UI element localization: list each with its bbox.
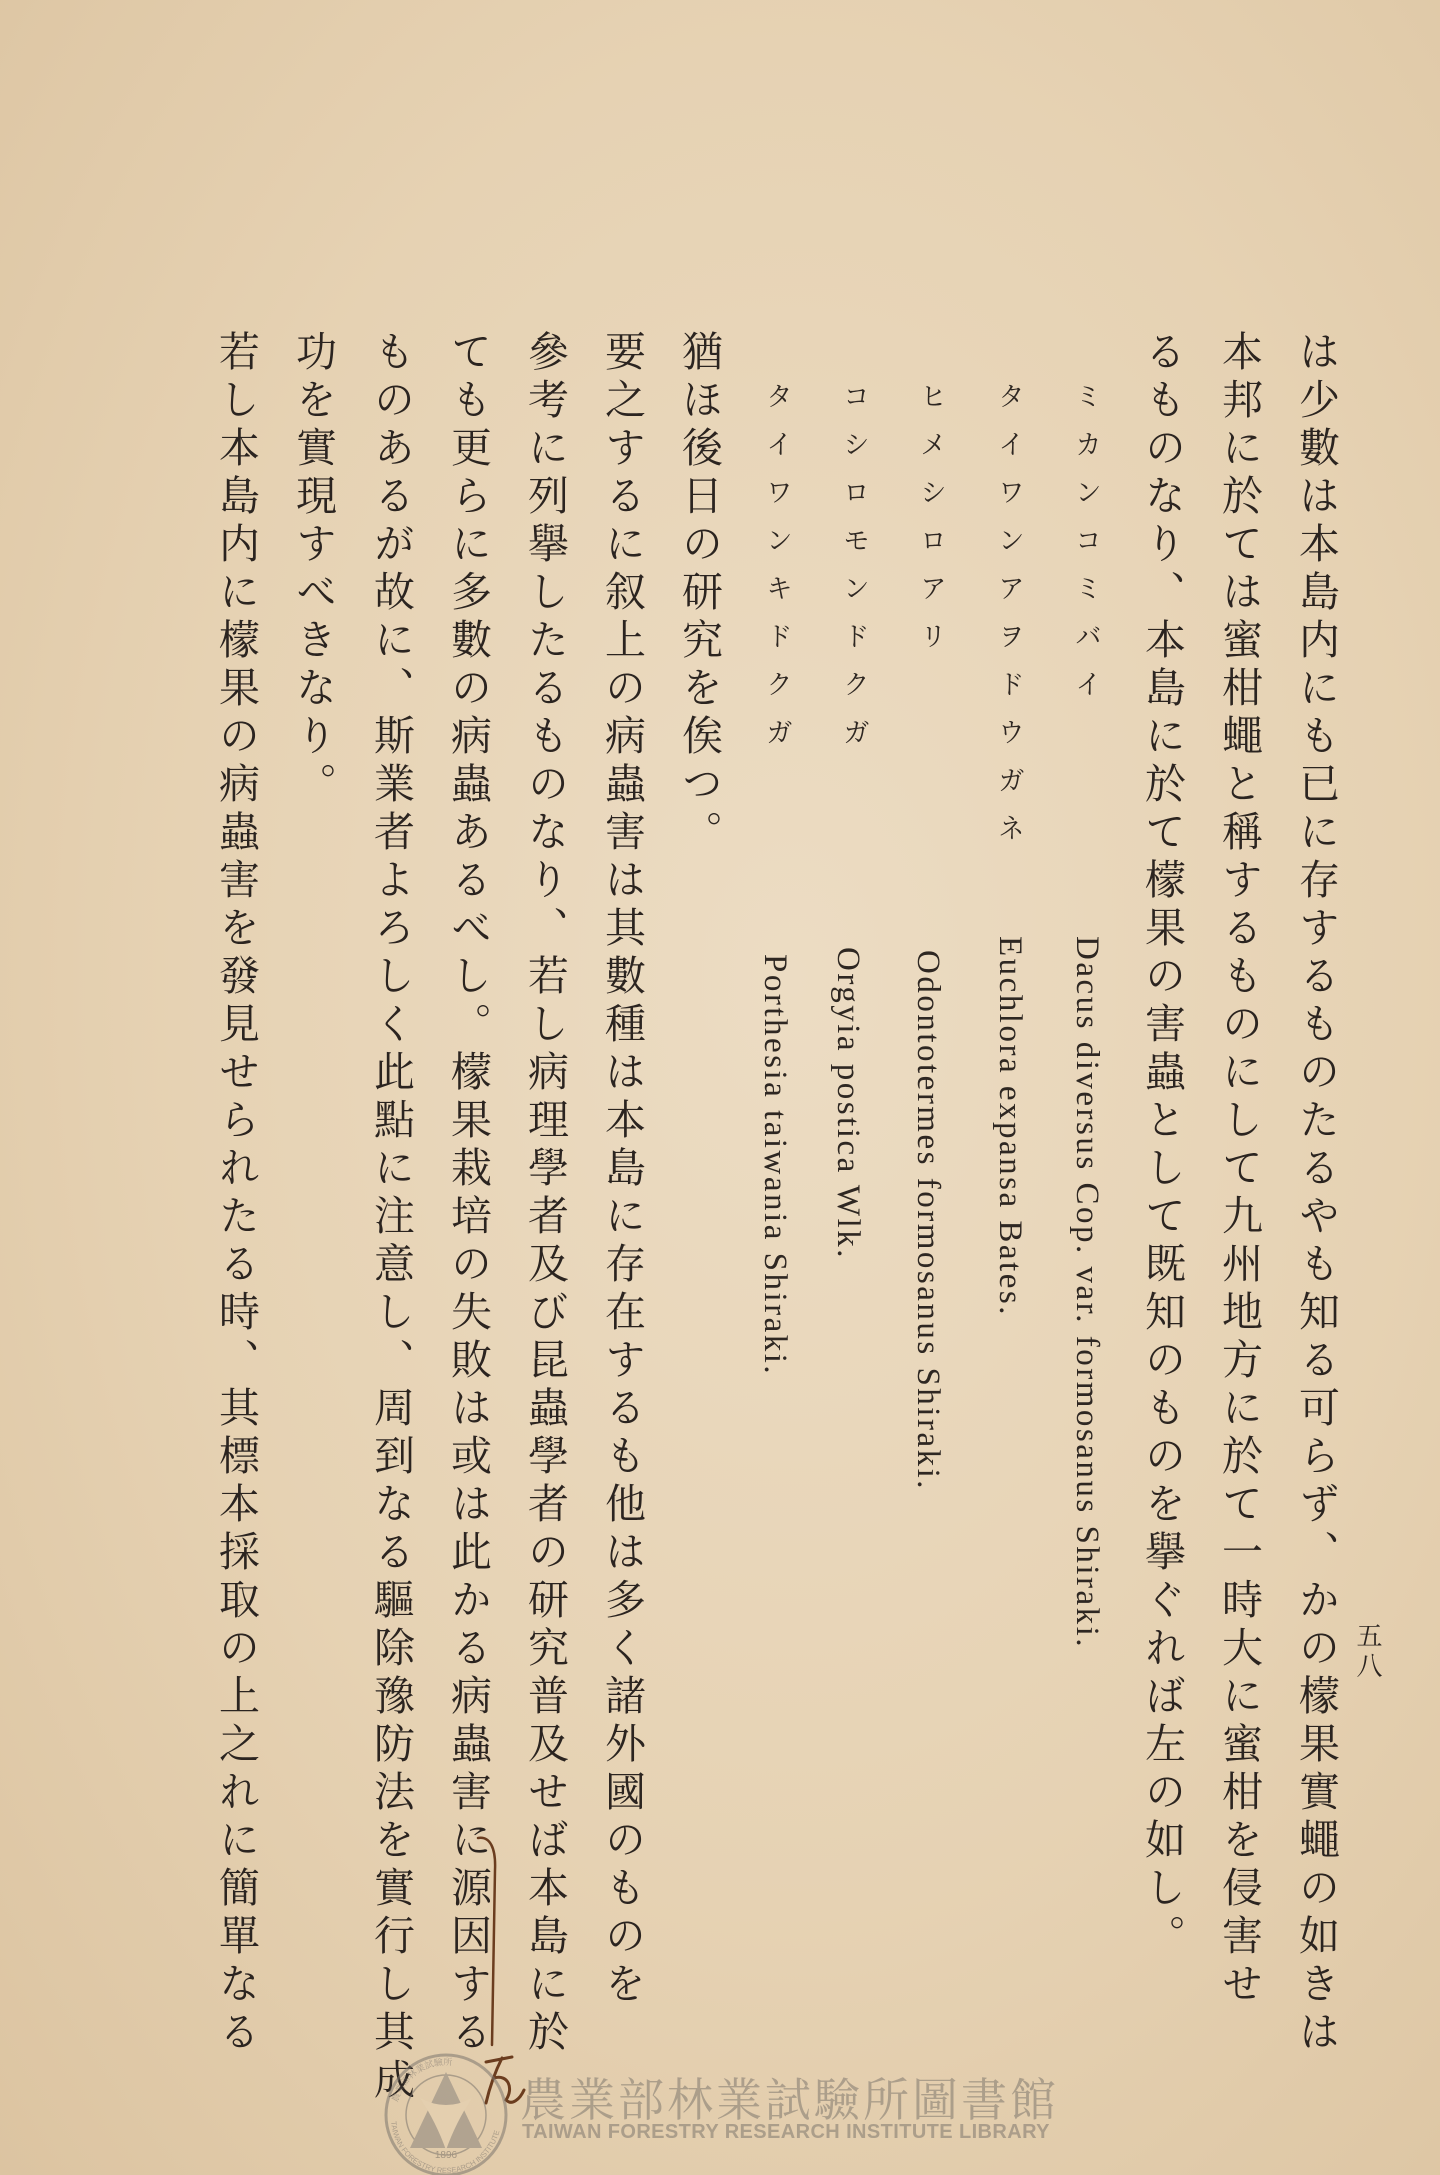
svg-text:TAIWAN FORESTRY RESEARCH INSTI: TAIWAN FORESTRY RESEARCH INSTITUTE	[389, 2121, 501, 2175]
pest-japanese-name: ミカンコミバイ	[1065, 382, 1105, 718]
pest-japanese-name: ヒメシロアリ	[910, 382, 950, 670]
library-stamp-name-en: TAIWAN FORESTRY RESEARCH INSTITUTE LIBRA…	[522, 2121, 1050, 2144]
pest-scientific-name: Odontotermes formosanus Shiraki.	[908, 950, 948, 1491]
page-number: 五八	[1352, 1622, 1382, 1682]
pest-scientific-name: Orgyia postica Wlk.	[828, 947, 868, 1260]
pest-scientific-name: Porthesia taiwania Shiraki.	[755, 954, 795, 1376]
pest-japanese-name: タイワンキドクガ	[756, 382, 796, 766]
text-column-3: るものなり、本島に於て檬果の害蟲として既知のものを擧ぐれば左の如し。	[1138, 330, 1186, 1962]
text-column-1: は少數は本島内にも已に存するものたるやも知る可らず、かの檬果實蠅の如きは	[1292, 330, 1340, 2058]
logo-ring-bottom-text: TAIWAN FORESTRY RESEARCH INSTITUTE	[389, 2121, 501, 2175]
text-column-closing-1: 若し本島内に檬果の病蟲害を發見せられたる時、其標本採取の上之れに簡單なる	[212, 330, 260, 2058]
pest-japanese-name: タイワンアヲドウガネ	[988, 382, 1028, 862]
text-column-summary-5: 功を實現すべきなり。	[289, 330, 337, 810]
text-column-summary-4: ものあるが故に、斯業者よろしく此點に注意し、周到なる驅除豫防法を實行し其成	[367, 330, 415, 2106]
pest-japanese-name: コシロモンドクガ	[833, 382, 873, 766]
text-column-2: 本邦に於ては蜜柑蠅と稱するものにして九州地方に於て一時大に蜜柑を侵害せ	[1215, 330, 1263, 2010]
text-column-summary-2: 參考に列擧したるものなり、若し病理學者及び昆蟲學者の研究普及せば本島に於	[521, 330, 569, 2058]
book-page: 五八 は少數は本島内にも已に存するものたるやも知る可らず、かの檬果實蠅の如きは …	[0, 0, 1440, 2175]
text-column-summary-1: 要之するに叙上の病蟲害は其數種は本島に存在するも他は多く諸外國のものを	[598, 330, 646, 2010]
logo-year: 1896	[435, 2150, 458, 2161]
pest-scientific-name: Dacus diversus Cop. var. formosanus Shir…	[1067, 936, 1107, 1649]
pest-scientific-name: Euchlora expansa Bates.	[990, 936, 1030, 1317]
text-column-summary-3: ても更らに多數の病蟲あるべし。檬果栽培の失敗は或は此かる病蟲害に源因する	[444, 330, 492, 2058]
text-column-after-list: 猶ほ後日の研究を俟つ。	[675, 330, 723, 858]
